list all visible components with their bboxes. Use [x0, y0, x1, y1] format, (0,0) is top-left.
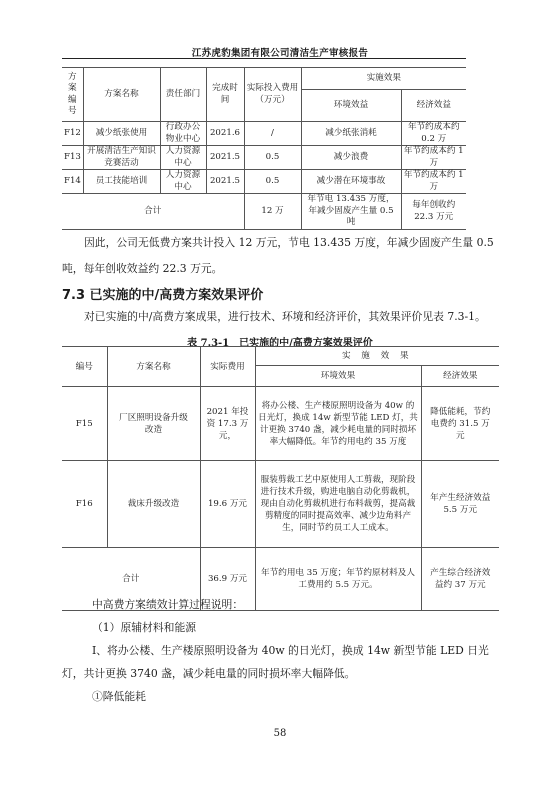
table-row: F15 厂区照明设备升级改造 2021 年投资 17.3 万元， 将办公楼、生产… — [62, 387, 499, 461]
cell-name: 减少纸张使用 — [83, 122, 160, 146]
cell-name: 开展清洁生产知识竞赛活动 — [83, 146, 160, 170]
cell-id: F15 — [62, 387, 107, 461]
paragraph-subheading: （1）原辅材料和能源 — [92, 621, 196, 635]
col-header-env: 环境效益 — [301, 90, 401, 122]
cell-id: F14 — [62, 170, 83, 194]
paragraph-summary: 因此，公司无低费方案共计投入 12 万元，节电 13.435 万度，年减少固废产… — [62, 236, 502, 250]
total-env: 年节电 13.435 万度，年减少固废产生量 0.5 吨 — [301, 194, 401, 230]
cell-cost: 0.5 — [244, 170, 301, 194]
col-header-time: 完成时间 — [206, 68, 244, 122]
cell-cost: / — [244, 122, 301, 146]
cell-time: 2021.5 — [206, 170, 244, 194]
total-env: 年节约用电 35 万度；年节约原材料及人工费用约 5.5 万元。 — [255, 548, 421, 611]
col-header-effect: 实施效果 — [301, 68, 466, 90]
cell-env: 减少纸张消耗 — [301, 122, 401, 146]
total-econ: 每年创收约 22.3 万元 — [401, 194, 466, 230]
col-header-name: 方案名称 — [107, 347, 200, 387]
table-row: F16 裁床升级改造 19.6 万元 服装剪裁工艺中原使用人工剪裁，现阶段进行技… — [62, 461, 499, 548]
low-cost-plans-table: 方案编号 方案名称 责任部门 完成时间 实际投入费用（万元） 实施效果 环境效益… — [62, 67, 466, 230]
col-header-econ: 经济效益 — [401, 90, 466, 122]
page-number: 58 — [0, 728, 560, 739]
table-row: F12 减少纸张使用 行政办公物业中心 2021.6 / 减少纸张消耗 年节约成… — [62, 122, 466, 146]
col-header-id: 编号 — [62, 347, 107, 387]
cell-env: 减少潜在环境事故 — [301, 170, 401, 194]
cell-econ: 年节约成本约 1 万 — [401, 170, 466, 194]
cell-econ: 年产生经济效益 5.5 万元 — [421, 461, 499, 548]
total-label: 合计 — [62, 194, 244, 230]
table-total-row: 合计 12 万 年节电 13.435 万度，年减少固废产生量 0.5 吨 每年创… — [62, 194, 466, 230]
col-header-cost: 实际投入费用（万元） — [244, 68, 301, 122]
cell-econ: 年节约成本约 1 万 — [401, 146, 466, 170]
cell-name: 裁床升级改造 — [107, 461, 200, 548]
cell-id: F12 — [62, 122, 83, 146]
section-heading: 7.3 已实施的中/高费方案效果评价 — [62, 284, 263, 303]
col-header-name: 方案名称 — [83, 68, 160, 122]
total-cost: 12 万 — [244, 194, 301, 230]
mid-high-cost-plans-table: 编号 方案名称 实际费用 实 施 效 果 环境效果 经济效果 F15 厂区照明设… — [62, 346, 499, 611]
cell-cost: 19.6 万元 — [200, 461, 255, 548]
total-econ: 产生综合经济效益约 37 万元 — [421, 548, 499, 611]
paragraph-energy-saving: ①降低能耗 — [92, 690, 146, 704]
table-row: F13 开展清洁生产知识竞赛活动 人力资源中心 2021.5 0.5 减少浪费 … — [62, 146, 466, 170]
col-header-econ: 经济效果 — [421, 366, 499, 387]
col-header-id: 方案编号 — [62, 68, 83, 122]
cell-name: 厂区照明设备升级改造 — [107, 387, 200, 461]
col-header-cost: 实际费用 — [200, 347, 255, 387]
paragraph-lighting: Ⅰ、将办公楼、生产楼原照明设备为 40w 的日光灯，换成 14w 新型节能 LE… — [92, 644, 489, 658]
cell-econ: 降低能耗，节约电费约 31.5 万元 — [421, 387, 499, 461]
cell-env: 减少浪费 — [301, 146, 401, 170]
paragraph-summary-cont: 吨，每年创收效益约 22.3 万元。 — [62, 262, 502, 276]
col-header-dept: 责任部门 — [160, 68, 206, 122]
cell-econ: 年节约成本约 0.2 万 — [401, 122, 466, 146]
cell-cost: 0.5 — [244, 146, 301, 170]
cell-id: F13 — [62, 146, 83, 170]
cell-dept: 行政办公物业中心 — [160, 122, 206, 146]
paragraph-lighting-cont: 灯，共计更换 3740 盏，减少耗电量的同时损坏率大幅降低。 — [62, 667, 355, 681]
cell-dept: 人力资源中心 — [160, 146, 206, 170]
header-rule — [62, 58, 466, 59]
cell-dept: 人力资源中心 — [160, 170, 206, 194]
cell-cost: 2021 年投资 17.3 万元， — [200, 387, 255, 461]
col-header-effect: 实 施 效 果 — [255, 347, 499, 366]
paragraph-calc-intro: 中高费方案绩效计算过程说明： — [92, 598, 243, 612]
cell-name: 员工技能培训 — [83, 170, 160, 194]
report-header-title: 江苏虎豹集团有限公司清洁生产审核报告 — [0, 45, 560, 59]
cell-env: 将办公楼、生产楼原照明设备为 40w 的日光灯，换成 14w 新型节能 LED … — [255, 387, 421, 461]
cell-time: 2021.5 — [206, 146, 244, 170]
cell-time: 2021.6 — [206, 122, 244, 146]
cell-env: 服装剪裁工艺中原使用人工剪裁，现阶段进行技术升级，购进电脑自动化剪裁机，现由自动… — [255, 461, 421, 548]
paragraph-intro: 对已实施的中/高费方案成果，进行技术、环境和经济评价，其效果评价见表 7.3-1… — [84, 310, 486, 324]
table-row: F14 员工技能培训 人力资源中心 2021.5 0.5 减少潜在环境事故 年节… — [62, 170, 466, 194]
col-header-env: 环境效果 — [255, 366, 421, 387]
cell-id: F16 — [62, 461, 107, 548]
